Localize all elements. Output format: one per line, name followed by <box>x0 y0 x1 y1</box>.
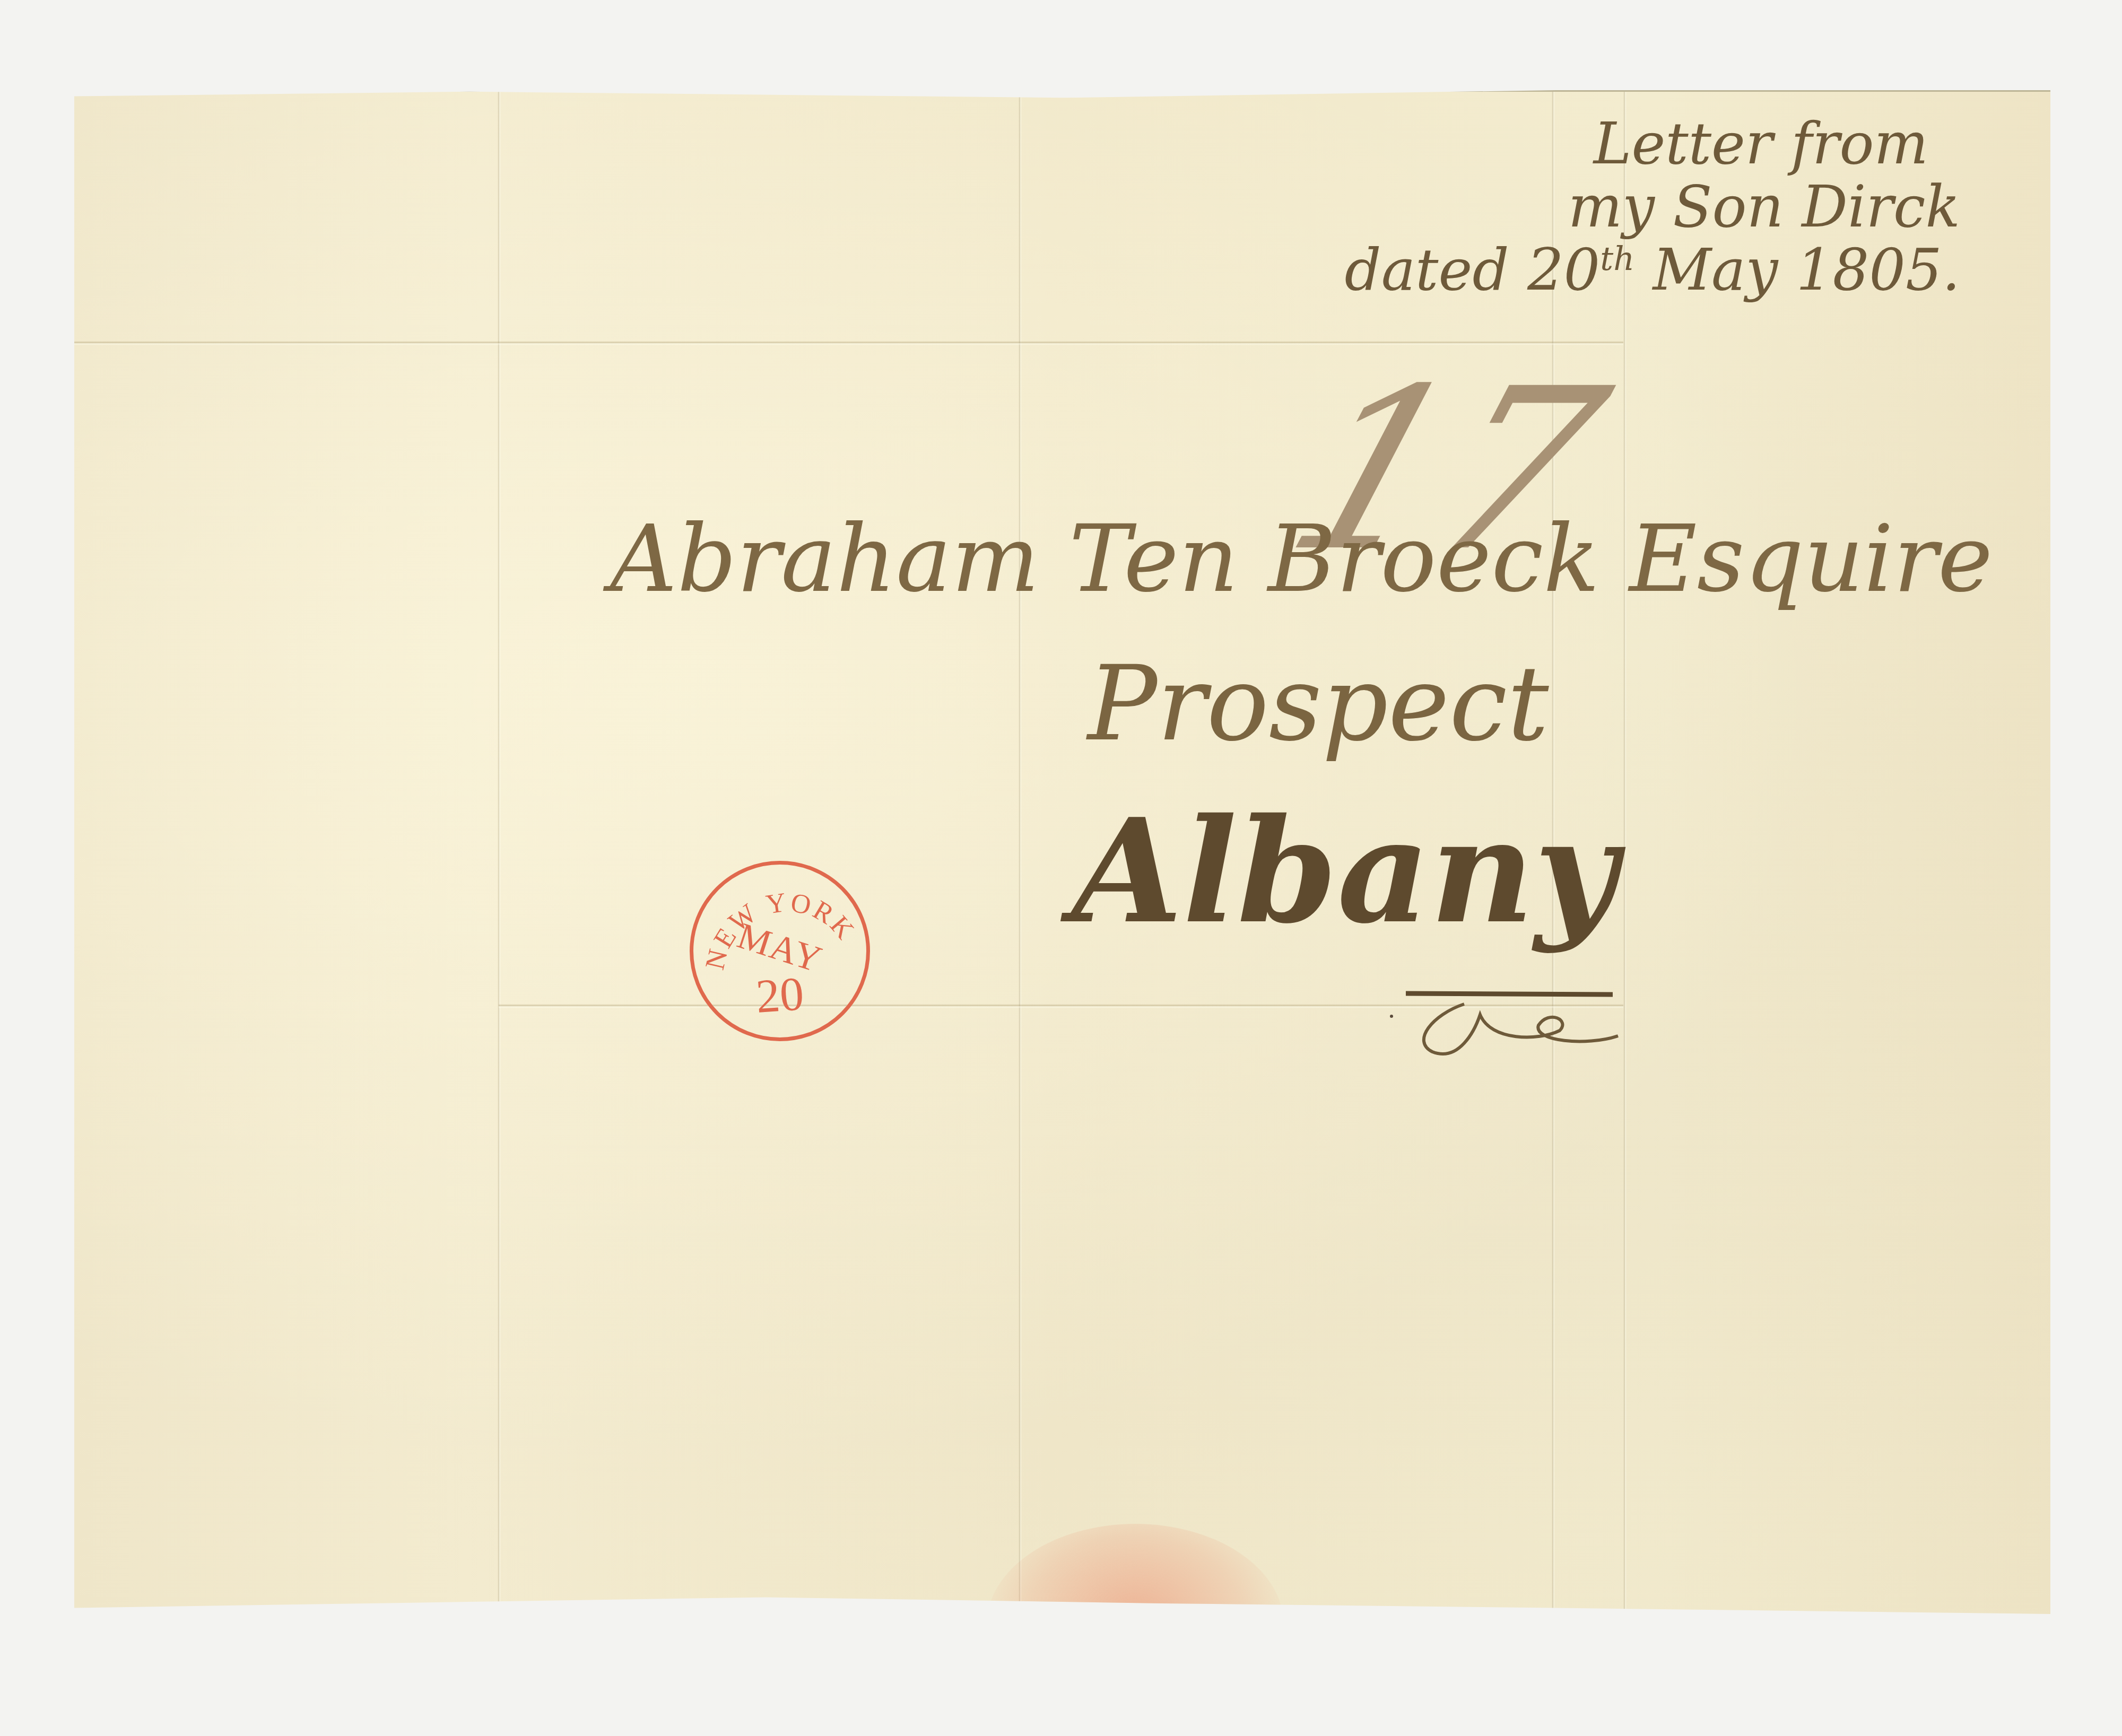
letter-sheet: ​ ​ Letter from my Son Dirck dated 20th … <box>74 90 2050 1614</box>
wax-seal-stain <box>987 1524 1284 1725</box>
addressee-name: Abraham Ten Broeck Esquire <box>610 505 1993 613</box>
fold-line-vertical <box>498 92 501 1614</box>
docket-line-3: dated 20th May 1805. <box>1345 239 1960 302</box>
fold-line-vertical <box>1623 92 1627 1614</box>
postmark-stamp: NEW YORK MAY 20 <box>690 861 870 1041</box>
docket-line-2: my Son Dirck <box>1345 176 1960 239</box>
address-place: Prospect <box>1088 643 1549 764</box>
docket-note: Letter from my Son Dirck dated 20th May … <box>1345 113 1960 302</box>
ink-dot <box>1390 1015 1393 1018</box>
bleed-through-text: ​ <box>133 277 176 1550</box>
fold-line-vertical <box>1019 92 1022 1614</box>
flourish-icon <box>1401 983 1623 1062</box>
docket-line-1: Letter from <box>1345 113 1960 176</box>
address-city: Albany <box>1072 787 1617 955</box>
